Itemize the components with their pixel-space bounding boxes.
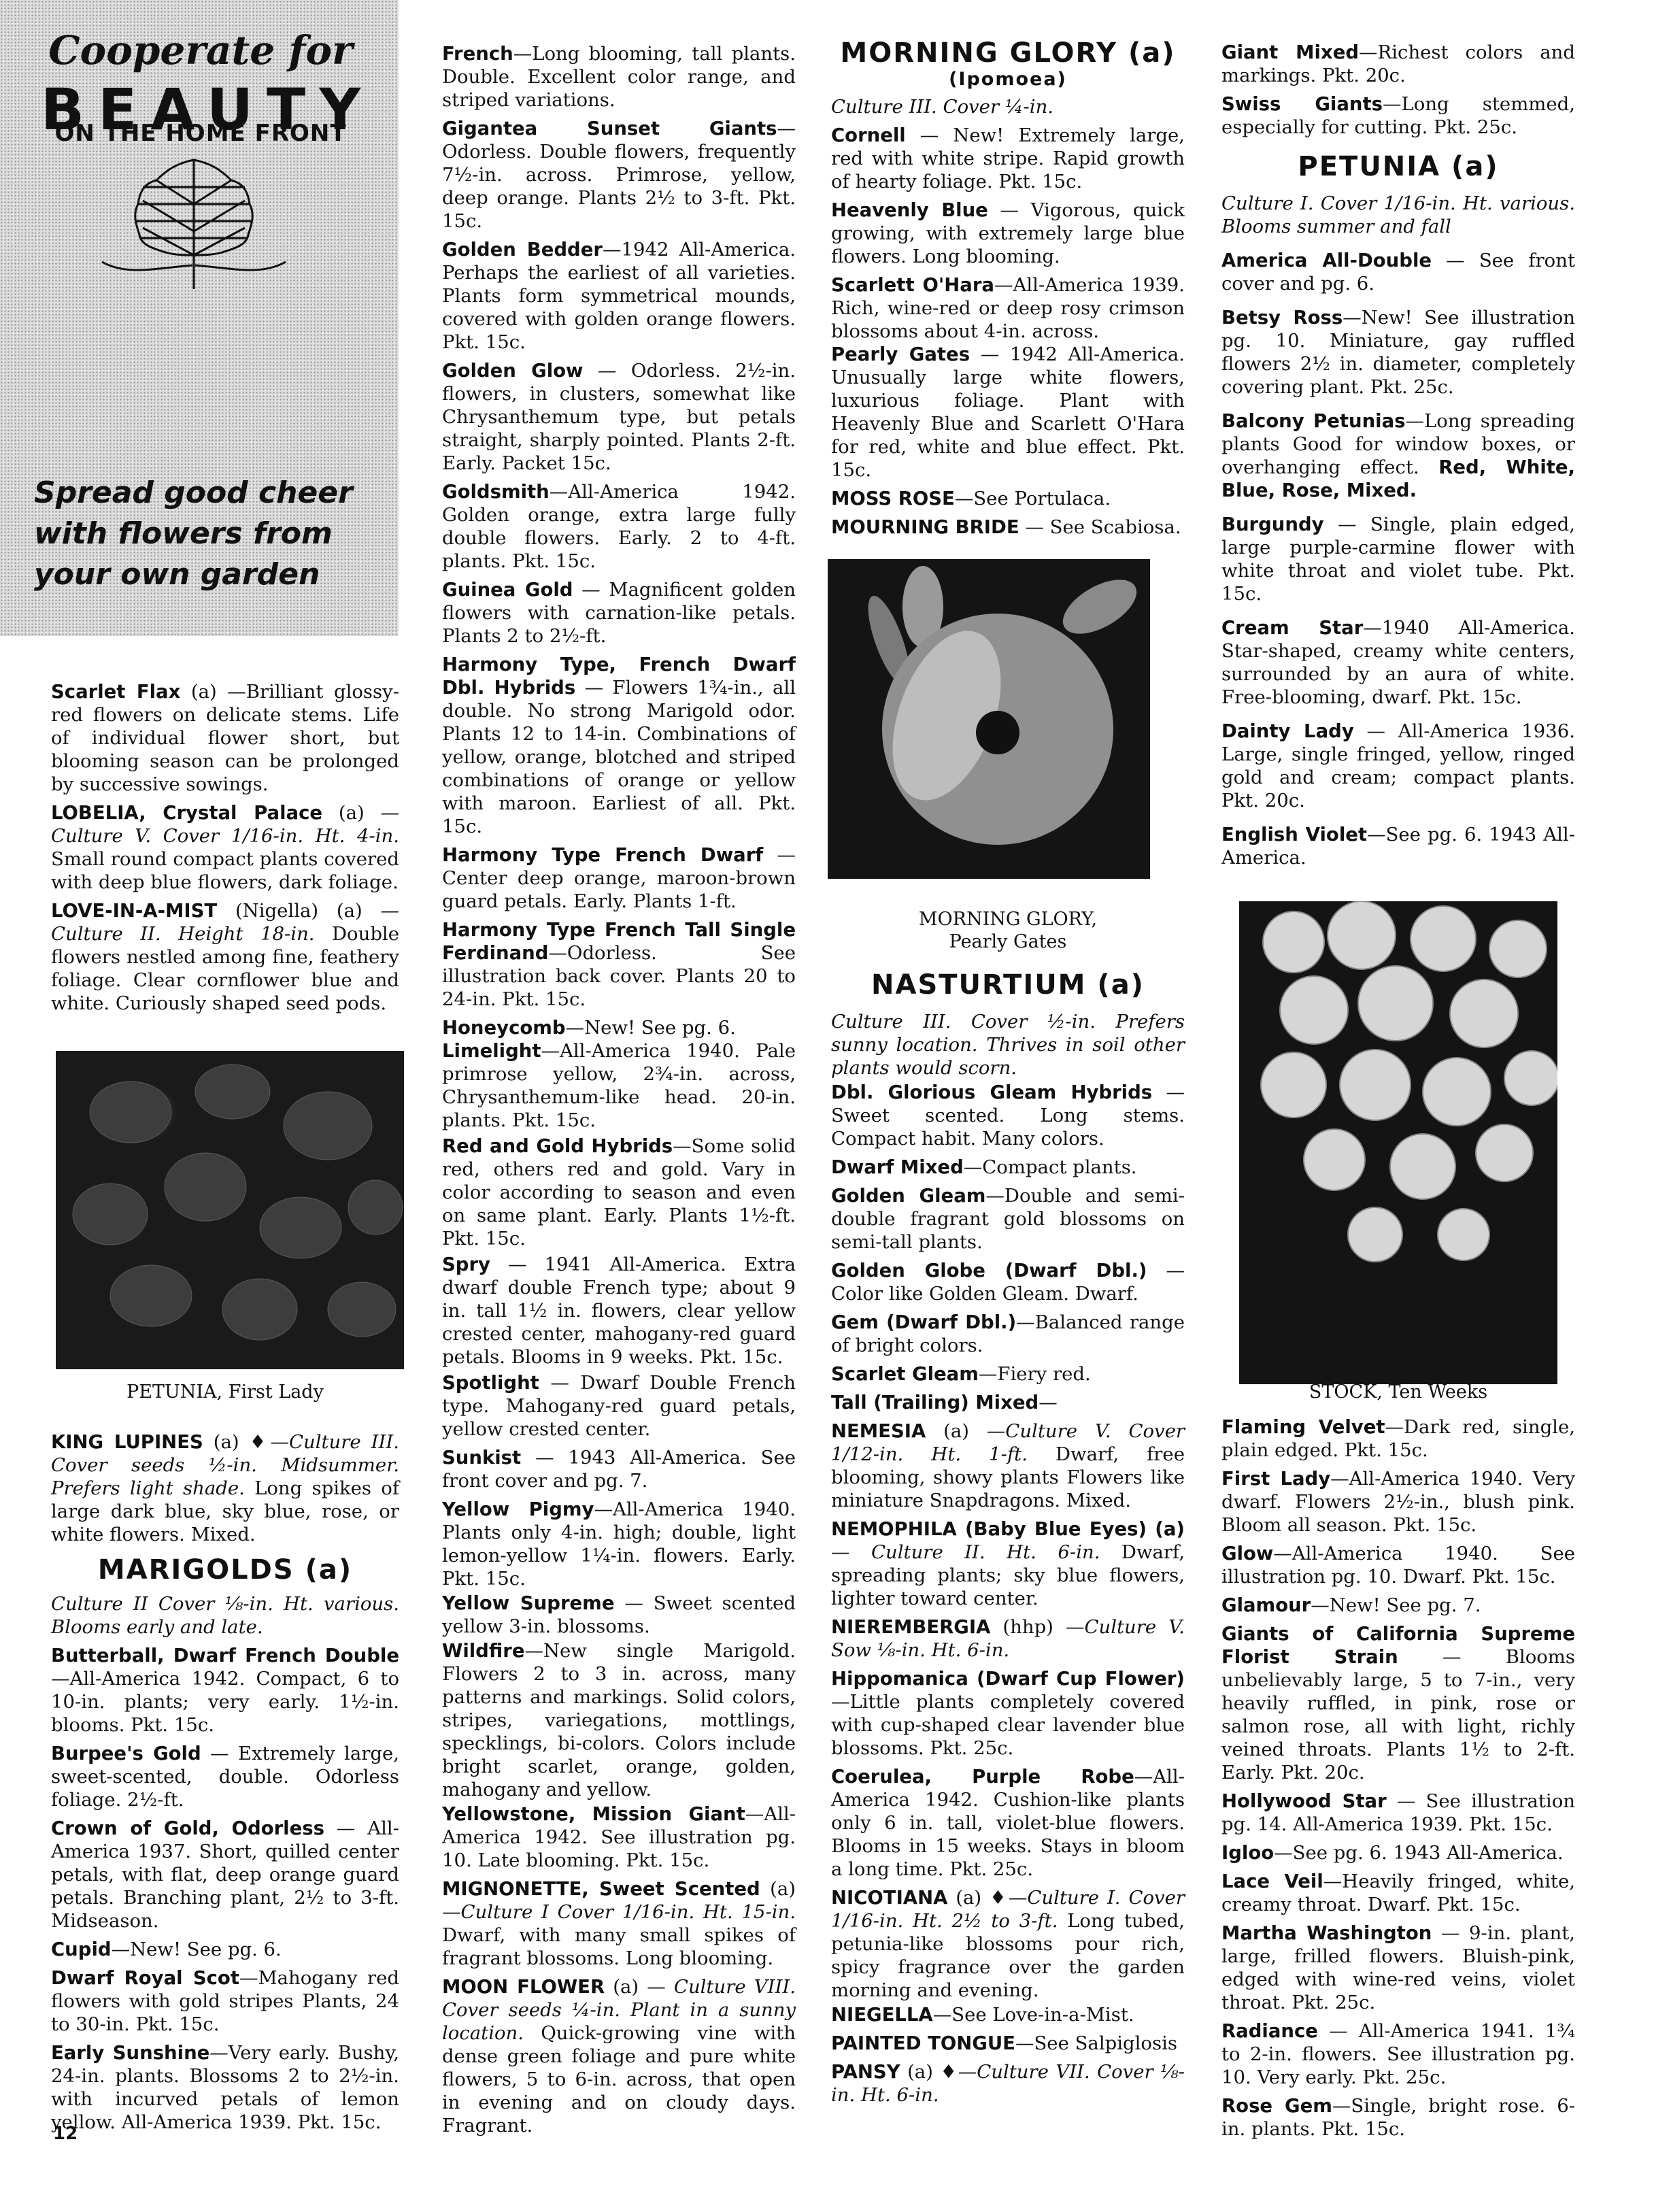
catalog-entry: Early Sunshine—Very early. Bushy, 24-in.… bbox=[51, 2041, 399, 2134]
leaf-icon bbox=[92, 153, 296, 289]
catalog-entry: Yellow Pigmy—All-America 1940. Plants on… bbox=[442, 1498, 796, 1590]
catalog-entry: Glow—All-America 1940. See illustration … bbox=[1221, 1542, 1575, 1588]
catalog-entry: LOBELIA, Crystal Palace (a) —Culture V. … bbox=[51, 801, 399, 894]
section-subtitle: (Ipomoea) bbox=[831, 69, 1185, 90]
banner-script-title: Cooperate for bbox=[41, 27, 360, 73]
catalog-entry: KING LUPINES (a) ♦—Culture III. Cover se… bbox=[51, 1430, 399, 1546]
catalog-entry: Pearly Gates — 1942 All-America. Unusual… bbox=[831, 343, 1185, 482]
column-4: Giant Mixed—Richest colors and markings.… bbox=[1221, 41, 1575, 875]
catalog-entry: Igloo—See pg. 6. 1943 All-America. bbox=[1221, 1841, 1575, 1864]
catalog-entry: Butterball, Dwarf French Double—All-Amer… bbox=[51, 1644, 399, 1737]
section-culture-note: Culture II Cover ⅛-in. Ht. various. Bloo… bbox=[51, 1592, 399, 1639]
catalog-entry: Dwarf Mixed—Compact plants. bbox=[831, 1156, 1185, 1179]
column-3: MORNING GLORY (a) (Ipomoea) Culture III.… bbox=[831, 37, 1185, 544]
catalog-entry: Honeycomb—New! See pg. 6. bbox=[442, 1016, 796, 1039]
catalog-entry: French—Long blooming, tall plants. Doubl… bbox=[442, 42, 796, 112]
catalog-entry: Scarlett O'Hara—All-America 1939. Rich, … bbox=[831, 273, 1185, 343]
catalog-entry: Balcony Petunias—Long spreading plants G… bbox=[1221, 409, 1575, 502]
catalog-entry: Spotlight — Dwarf Double French type. Ma… bbox=[442, 1371, 796, 1441]
banner-slogan: Spread good cheer with flowers from your… bbox=[34, 473, 381, 595]
catalog-entry: Glamour—New! See pg. 7. bbox=[1221, 1594, 1575, 1617]
catalog-entry: PAINTED TONGUE—See Salpiglosis bbox=[831, 2032, 1185, 2055]
catalog-entry: Crown of Gold, Odorless — All-America 19… bbox=[51, 1817, 399, 1932]
catalog-entry: Cornell — New! Extremely large, red with… bbox=[831, 124, 1185, 193]
column-2: French—Long blooming, tall plants. Doubl… bbox=[442, 42, 796, 2143]
catalog-entry: Radiance — All-America 1941. 1¾ to 2-in.… bbox=[1221, 2020, 1575, 2089]
catalog-entry: Dwarf Royal Scot—Mahogany red flowers wi… bbox=[51, 1966, 399, 2036]
catalog-entry: Betsy Ross—New! See illustration pg. 10.… bbox=[1221, 306, 1575, 399]
section-title-marigolds: MARIGOLDS (a) bbox=[51, 1554, 399, 1586]
section-title-morning-glory: MORNING GLORY (a) bbox=[831, 37, 1185, 69]
section-title-petunia: PETUNIA (a) bbox=[1221, 151, 1575, 182]
column-3-lower: MORNING GLORY, Pearly Gates NASTURTIUM (… bbox=[831, 908, 1185, 2112]
catalog-entry: First Lady—All-America 1940. Very dwarf.… bbox=[1221, 1467, 1575, 1537]
catalog-entry: MIGNONETTE, Sweet Scented (a)—Culture I … bbox=[442, 1877, 796, 1970]
photo-morning-glory-pearly-gates bbox=[828, 559, 1150, 879]
section-title-nasturtium: NASTURTIUM (a) bbox=[831, 969, 1185, 1001]
catalog-entry: Spry — 1941 All-America. Extra dwarf dou… bbox=[442, 1253, 796, 1369]
page-number: 12 bbox=[53, 2124, 78, 2144]
column-1-lower: PETUNIA, First Lady KING LUPINES (a) ♦—C… bbox=[51, 1381, 399, 2139]
catalog-entry: Hippomanica (Dwarf Cup Flower) —Little p… bbox=[831, 1667, 1185, 1760]
photo-caption-line-2: Pearly Gates bbox=[831, 931, 1185, 953]
catalog-entry: Scarlet Gleam—Fiery red. bbox=[831, 1362, 1185, 1386]
section-culture-note: Culture III. Cover ¼-in. bbox=[831, 95, 1185, 118]
catalog-entry: Limelight—All-America 1940. Pale primros… bbox=[442, 1039, 796, 1132]
photo-caption: STOCK, Ten Weeks bbox=[1221, 1381, 1575, 1403]
home-front-banner: Cooperate for BEAUTY ON THE HOME FRONT S… bbox=[0, 0, 399, 636]
catalog-entry: Hollywood Star — See illustration pg. 14… bbox=[1221, 1790, 1575, 1836]
catalog-entry: Giants of California Supreme Florist Str… bbox=[1221, 1622, 1575, 1784]
catalog-entry: NEMESIA (a) —Culture V. Cover 1/12-in. H… bbox=[831, 1420, 1185, 1512]
catalog-entry: English Violet—See pg. 6. 1943 All-Ameri… bbox=[1221, 823, 1575, 869]
petunia-flowers-image bbox=[56, 1051, 404, 1369]
catalog-entry: Gem (Dwarf Dbl.)—Balanced range of brigh… bbox=[831, 1311, 1185, 1357]
catalog-entry: Heavenly Blue — Vigorous, quick growing,… bbox=[831, 199, 1185, 268]
catalog-entry: Burpee's Gold — Extremely large, sweet-s… bbox=[51, 1742, 399, 1811]
column-4-lower: STOCK, Ten Weeks Flaming Velvet—Dark red… bbox=[1221, 1381, 1575, 2146]
catalog-entry: NICOTIANA (a) ♦—Culture I. Cover 1/16-in… bbox=[831, 1886, 1185, 2002]
catalog-entry: Flaming Velvet—Dark red, single, plain e… bbox=[1221, 1415, 1575, 1462]
catalog-entry: LOVE-IN-A-MIST (Nigella) (a) —Culture II… bbox=[51, 899, 399, 1015]
catalog-entry: Rose Gem—Single, bright rose. 6-in. plan… bbox=[1221, 2094, 1575, 2141]
catalog-entry: Tall (Trailing) Mixed— bbox=[831, 1391, 1185, 1414]
catalog-entry: NIEREMBERGIA (hhp) —Culture V. Sow ⅛-in.… bbox=[831, 1615, 1185, 1662]
catalog-entry: Yellowstone, Mission Giant—All-America 1… bbox=[442, 1803, 796, 1872]
catalog-entry: Golden Glow — Odorless. 2½-in. flowers, … bbox=[442, 359, 796, 475]
catalog-entry: MOURNING BRIDE — See Scabiosa. bbox=[831, 516, 1185, 539]
catalog-entry: MOSS ROSE—See Portulaca. bbox=[831, 487, 1185, 510]
catalog-entry: Red and Gold Hybrids—Some solid red, oth… bbox=[442, 1135, 796, 1250]
section-culture-note: Culture I. Cover 1/16-in. Ht. various. B… bbox=[1221, 192, 1575, 238]
catalog-entry: Dainty Lady — All-America 1936. Large, s… bbox=[1221, 720, 1575, 812]
catalog-entry: Golden Gleam—Double and semi-double frag… bbox=[831, 1184, 1185, 1254]
photo-stock-ten-weeks bbox=[1239, 901, 1557, 1384]
stock-flowers-image bbox=[1239, 901, 1557, 1384]
catalog-entry: Coerulea, Purple Robe—All-America 1942. … bbox=[831, 1765, 1185, 1881]
catalog-entry: Harmony Type, French Dwarf Dbl. Hybrids … bbox=[442, 653, 796, 838]
catalog-entry: Cupid—New! See pg. 6. bbox=[51, 1938, 399, 1961]
column-1: Scarlet Flax (a) —Brilliant glossy-red f… bbox=[51, 680, 399, 1020]
catalog-entry: Scarlet Flax (a) —Brilliant glossy-red f… bbox=[51, 680, 399, 796]
catalog-entry: Gigantea Sunset Giants—Odorless. Double … bbox=[442, 117, 796, 233]
catalog-entry: Giant Mixed—Richest colors and markings.… bbox=[1221, 41, 1575, 87]
catalog-entry: Harmony Type French Tall Single Ferdinan… bbox=[442, 918, 796, 1011]
catalog-entry: Harmony Type French Dwarf — Center deep … bbox=[442, 843, 796, 913]
catalog-entry: Sunkist — 1943 All-America. See front co… bbox=[442, 1446, 796, 1492]
catalog-entry: NEMOPHILA (Baby Blue Eyes) (a) — Culture… bbox=[831, 1518, 1185, 1610]
photo-caption: PETUNIA, First Lady bbox=[51, 1381, 399, 1403]
banner-subline: ON THE HOME FRONT bbox=[27, 120, 374, 147]
morning-glory-image bbox=[828, 559, 1150, 879]
catalog-entry: Martha Washington — 9-in. plant, large, … bbox=[1221, 1922, 1575, 2014]
section-culture-note: Culture III. Cover ½-in. Prefers sunny l… bbox=[831, 1010, 1185, 1079]
catalog-entry: Yellow Supreme — Sweet scented yellow 3-… bbox=[442, 1592, 796, 1638]
photo-caption-line-1: MORNING GLORY, bbox=[831, 908, 1185, 931]
catalog-entry: Swiss Giants—Long stemmed, especially fo… bbox=[1221, 93, 1575, 139]
catalog-entry: Lace Veil—Heavily fringed, white, creamy… bbox=[1221, 1870, 1575, 1916]
catalog-entry: America All-Double — See front cover and… bbox=[1221, 249, 1575, 295]
catalog-entry: Golden Bedder—1942 All-America. Perhaps … bbox=[442, 238, 796, 354]
catalog-entry: Burgundy — Single, plain edged, large pu… bbox=[1221, 513, 1575, 605]
catalog-entry: Wildfire—New single Marigold. Flowers 2 … bbox=[442, 1639, 796, 1801]
catalog-entry: Guinea Gold — Magnificent golden flowers… bbox=[442, 578, 796, 648]
catalog-entry: Cream Star—1940 All-America. Star-shaped… bbox=[1221, 616, 1575, 709]
catalog-entry: Golden Globe (Dwarf Dbl.) — Color like G… bbox=[831, 1259, 1185, 1305]
photo-petunia-first-lady bbox=[56, 1051, 404, 1369]
catalog-entry: Goldsmith—All-America 1942. Golden orang… bbox=[442, 480, 796, 573]
catalog-entry: Dbl. Glorious Gleam Hybrids — Sweet scen… bbox=[831, 1081, 1185, 1150]
catalog-entry: MOON FLOWER (a) — Culture VIII. Cover se… bbox=[442, 1975, 796, 2137]
catalog-entry: PANSY (a) ♦—Culture VII. Cover ⅛-in. Ht.… bbox=[831, 2060, 1185, 2107]
catalog-entry: NIEGELLA—See Love-in-a-Mist. bbox=[831, 2003, 1185, 2026]
